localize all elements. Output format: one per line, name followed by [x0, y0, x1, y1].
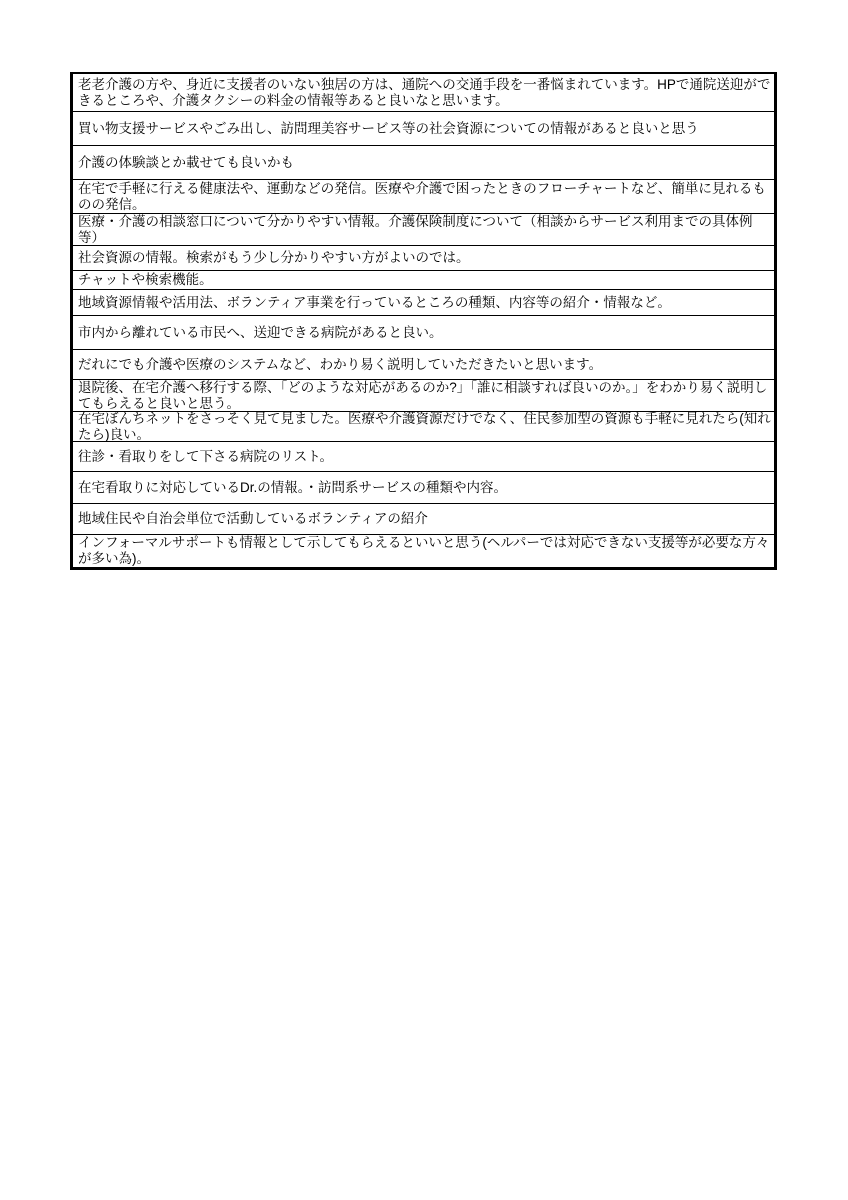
table-row: インフォーマルサポートも情報として示してもらえるといいと思う(ヘルパーでは対応で… — [73, 535, 774, 567]
table-row: 地域資源情報や活用法、ボランティア事業を行っているところの種類、内容等の紹介・情… — [73, 290, 774, 316]
table-row: チャットや検索機能。 — [73, 271, 774, 290]
row-text: だれにでも介護や医療のシステムなど、わかり易く説明していただきたいと思います。 — [78, 357, 771, 373]
row-text: 在宅で手軽に行える健康法や、運動などの発信。医療や介護で困ったときのフローチャー… — [78, 181, 771, 213]
table-row: だれにでも介護や医療のシステムなど、わかり易く説明していただきたいと思います。 — [73, 350, 774, 380]
table-row: 社会資源の情報。検索がもう少し分かりやすい方がよいのでは。 — [73, 246, 774, 271]
table-row: 医療・介護の相談窓口について分かりやすい情報。介護保険制度について（相談からサー… — [73, 214, 774, 246]
table-row: 在宅で手軽に行える健康法や、運動などの発信。医療や介護で困ったときのフローチャー… — [73, 180, 774, 214]
row-text: チャットや検索機能。 — [78, 272, 771, 288]
table-row: 往診・看取りをして下さる病院のリスト。 — [73, 442, 774, 472]
row-text: 市内から離れている市民へ、送迎できる病院があると良い。 — [78, 325, 771, 341]
table-row: 在宅看取りに対応しているDr.の情報。・訪問系サービスの種類や内容。 — [73, 472, 774, 504]
table-row: 老老介護の方や、身近に支援者のいない独居の方は、通院への交通手段を一番悩まれてい… — [73, 74, 774, 112]
table-row: 地域住民や自治会単位で活動しているボランティアの紹介 — [73, 504, 774, 535]
row-text: インフォーマルサポートも情報として示してもらえるといいと思う(ヘルパーでは対応で… — [78, 535, 771, 567]
row-text: 在宅看取りに対応しているDr.の情報。・訪問系サービスの種類や内容。 — [78, 480, 771, 496]
row-text: 地域資源情報や活用法、ボランティア事業を行っているところの種類、内容等の紹介・情… — [78, 295, 771, 311]
table-row: 在宅ぼんちネットをさっそく見て見ました。医療や介護資源だけでなく、住民参加型の資… — [73, 412, 774, 442]
row-text: 在宅ぼんちネットをさっそく見て見ました。医療や介護資源だけでなく、住民参加型の資… — [78, 412, 771, 442]
row-text: 往診・看取りをして下さる病院のリスト。 — [78, 449, 771, 465]
comments-table: 老老介護の方や、身近に支援者のいない独居の方は、通院への交通手段を一番悩まれてい… — [70, 72, 777, 570]
document-page: 老老介護の方や、身近に支援者のいない独居の方は、通院への交通手段を一番悩まれてい… — [0, 0, 848, 1200]
row-text: 買い物支援サービスやごみ出し、訪問理美容サービス等の社会資源についての情報がある… — [78, 121, 771, 137]
row-text: 医療・介護の相談窓口について分かりやすい情報。介護保険制度について（相談からサー… — [78, 214, 771, 246]
row-text: 社会資源の情報。検索がもう少し分かりやすい方がよいのでは。 — [78, 250, 771, 266]
table-row: 買い物支援サービスやごみ出し、訪問理美容サービス等の社会資源についての情報がある… — [73, 112, 774, 146]
row-text: 老老介護の方や、身近に支援者のいない独居の方は、通院への交通手段を一番悩まれてい… — [78, 77, 771, 109]
table-row: 退院後、在宅介護へ移行する際、「どのような対応があるのか?」「誰に相談すれば良い… — [73, 380, 774, 412]
table-row: 市内から離れている市民へ、送迎できる病院があると良い。 — [73, 316, 774, 350]
row-text: 介護の体験談とか載せても良いかも — [78, 155, 771, 171]
row-text: 退院後、在宅介護へ移行する際、「どのような対応があるのか?」「誰に相談すれば良い… — [78, 380, 771, 412]
table-row: 介護の体験談とか載せても良いかも — [73, 146, 774, 180]
row-text: 地域住民や自治会単位で活動しているボランティアの紹介 — [78, 511, 771, 527]
